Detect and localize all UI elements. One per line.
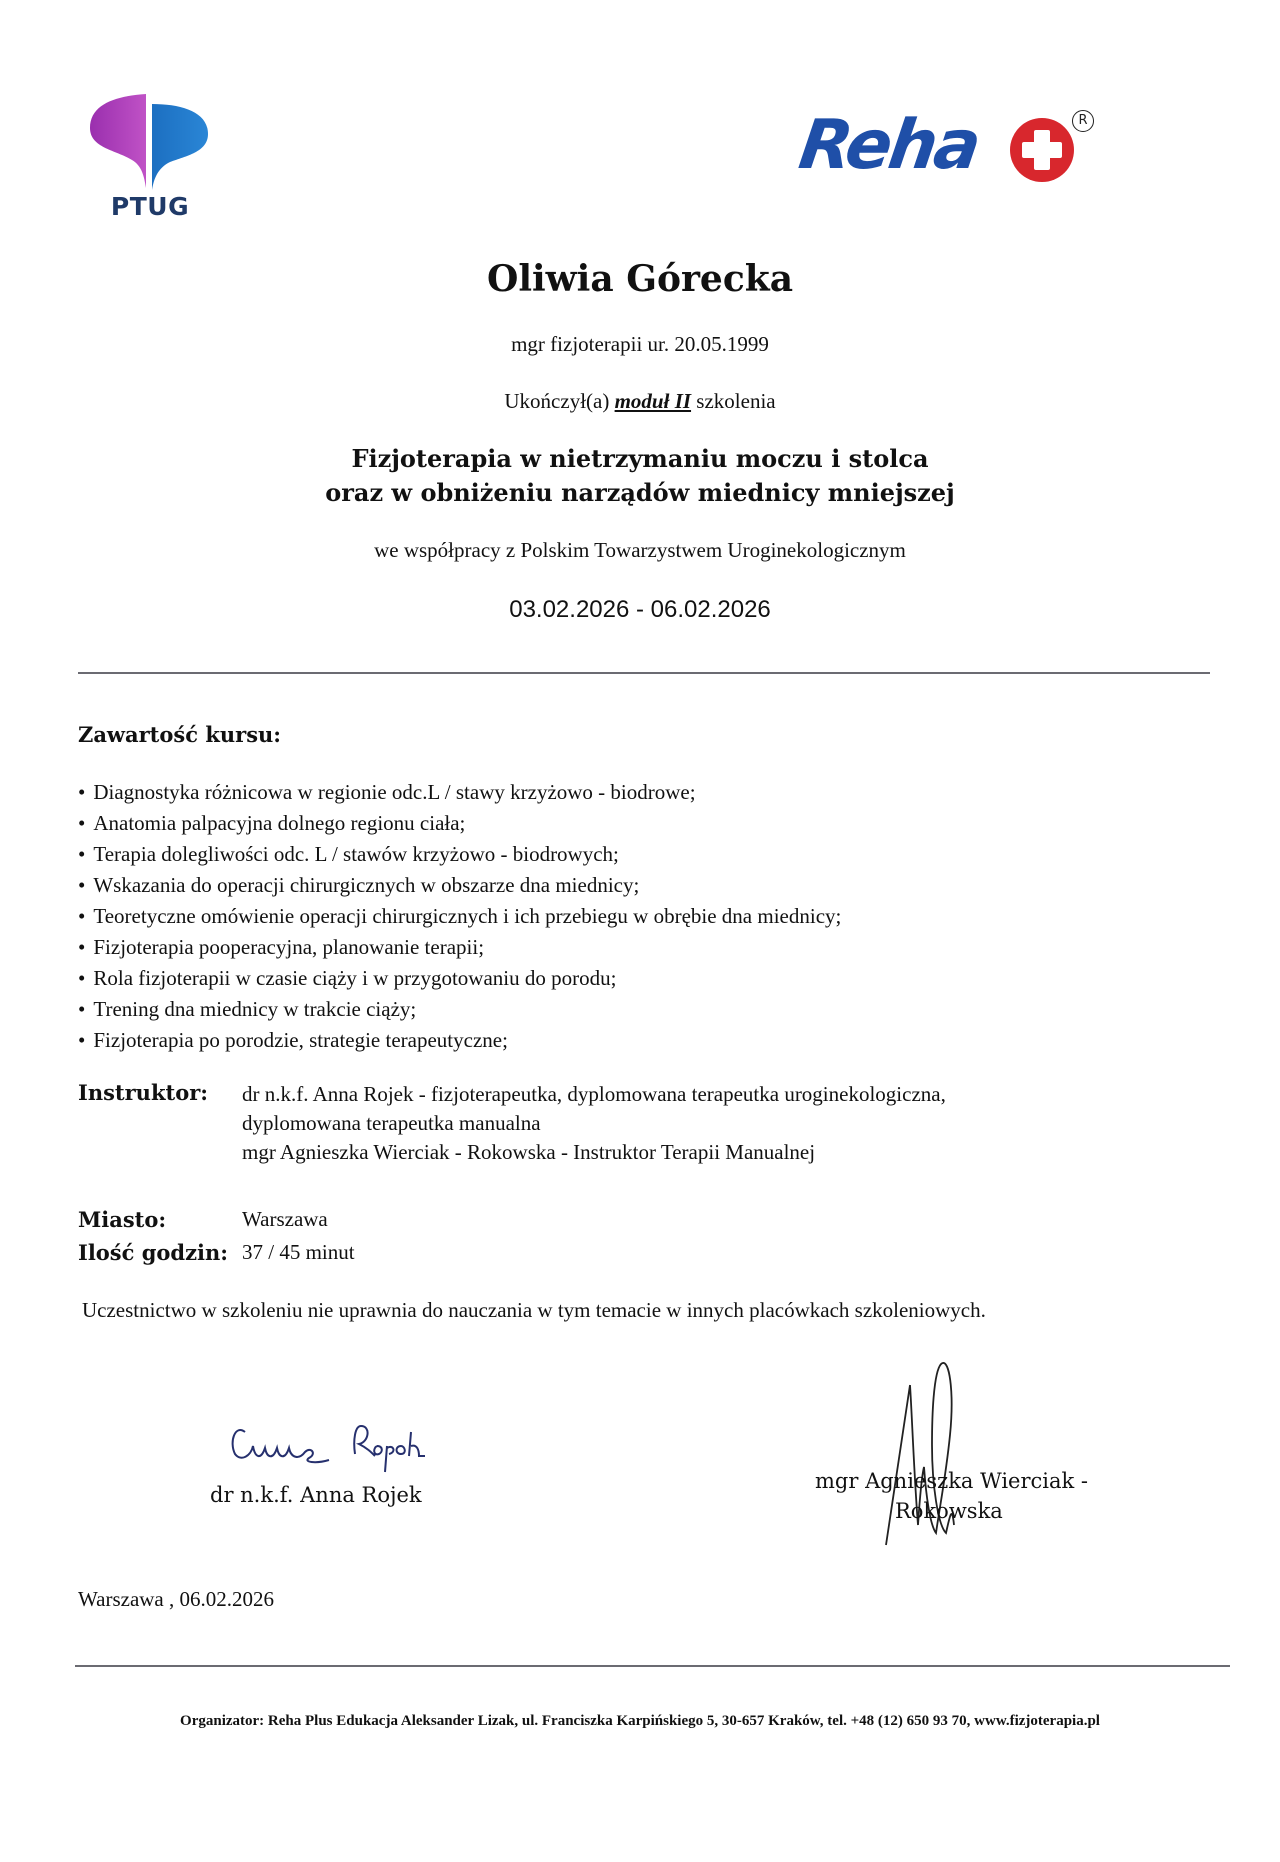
signatory-right-name: mgr Agnieszka Wierciak - Rokowska [815, 1466, 1088, 1526]
hours-label: Ilość godzin: [78, 1240, 228, 1265]
completion-statement: Ukończył(a) moduł II szkolenia [0, 389, 1280, 414]
signatory-right-name-line-2: Rokowska [815, 1496, 1088, 1526]
completion-prefix: Ukończył(a) [504, 389, 614, 413]
cooperation-statement: we współpracy z Polskim Towarzystwem Uro… [0, 538, 1280, 563]
recipient-degree: mgr fizjoterapii ur. 20.05.1999 [0, 332, 1280, 357]
course-title: Fizjoterapia w nietrzymaniu moczu i stol… [0, 442, 1280, 510]
handwritten-signature-icon [225, 1412, 435, 1482]
content-list: Diagnostyka różnicowa w regionie odc.L /… [78, 777, 841, 1056]
list-item: Wskazania do operacji chirurgicznych w o… [78, 870, 841, 901]
city-label: Miasto: [78, 1207, 166, 1232]
module-name: moduł II [615, 389, 691, 413]
instructor-line: mgr Agnieszka Wierciak - Rokowska - Inst… [242, 1138, 946, 1167]
place-and-date: Warszawa , 06.02.2026 [78, 1587, 274, 1612]
course-title-line-2: oraz w obniżeniu narządów miednicy mniej… [0, 476, 1280, 510]
course-title-line-1: Fizjoterapia w nietrzymaniu moczu i stol… [0, 442, 1280, 476]
list-item: Teoretyczne omówienie operacji chirurgic… [78, 901, 841, 932]
completion-suffix: szkolenia [691, 389, 776, 413]
reha-logo-text: Reha [795, 112, 982, 180]
list-item: Rola fizjoterapii w czasie ciąży i w prz… [78, 963, 841, 994]
organizer-footer: Organizator: Reha Plus Edukacja Aleksand… [0, 1713, 1280, 1730]
signatory-right-name-line-1: mgr Agnieszka Wierciak - [815, 1469, 1088, 1493]
list-item: Anatomia palpacyjna dolnego regionu ciał… [78, 808, 841, 839]
ptug-logo-icon [86, 90, 212, 190]
plus-icon [1010, 118, 1074, 182]
signatory-left-name: dr n.k.f. Anna Rojek [210, 1483, 422, 1507]
instructor-label: Instruktor: [78, 1080, 208, 1105]
instructor-line: dyplomowana terapeutka manualna [242, 1109, 946, 1138]
course-dates: 03.02.2026 - 06.02.2026 [0, 596, 1280, 624]
list-item: Fizjoterapia pooperacyjna, planowanie te… [78, 932, 841, 963]
city-value: Warszawa [242, 1207, 328, 1232]
recipient-name: Oliwia Górecka [0, 258, 1280, 300]
instructor-line: dr n.k.f. Anna Rojek - fizjoterapeutka, … [242, 1080, 946, 1109]
hours-value: 37 / 45 minut [242, 1240, 355, 1265]
list-item: Fizjoterapia po porodzie, strategie tera… [78, 1025, 841, 1056]
disclaimer: Uczestnictwo w szkoleniu nie uprawnia do… [82, 1298, 986, 1323]
list-item: Terapia dolegliwości odc. L / stawów krz… [78, 839, 841, 870]
ptug-logo-label: PTUG [100, 192, 200, 221]
instructor-list: dr n.k.f. Anna Rojek - fizjoterapeutka, … [242, 1080, 946, 1167]
list-item: Diagnostyka różnicowa w regionie odc.L /… [78, 777, 841, 808]
registered-trademark-icon: R [1072, 110, 1094, 132]
list-item: Trening dna miednicy w trakcie ciąży; [78, 994, 841, 1025]
divider [78, 672, 1210, 674]
divider [75, 1665, 1230, 1667]
content-heading: Zawartość kursu: [78, 722, 281, 747]
